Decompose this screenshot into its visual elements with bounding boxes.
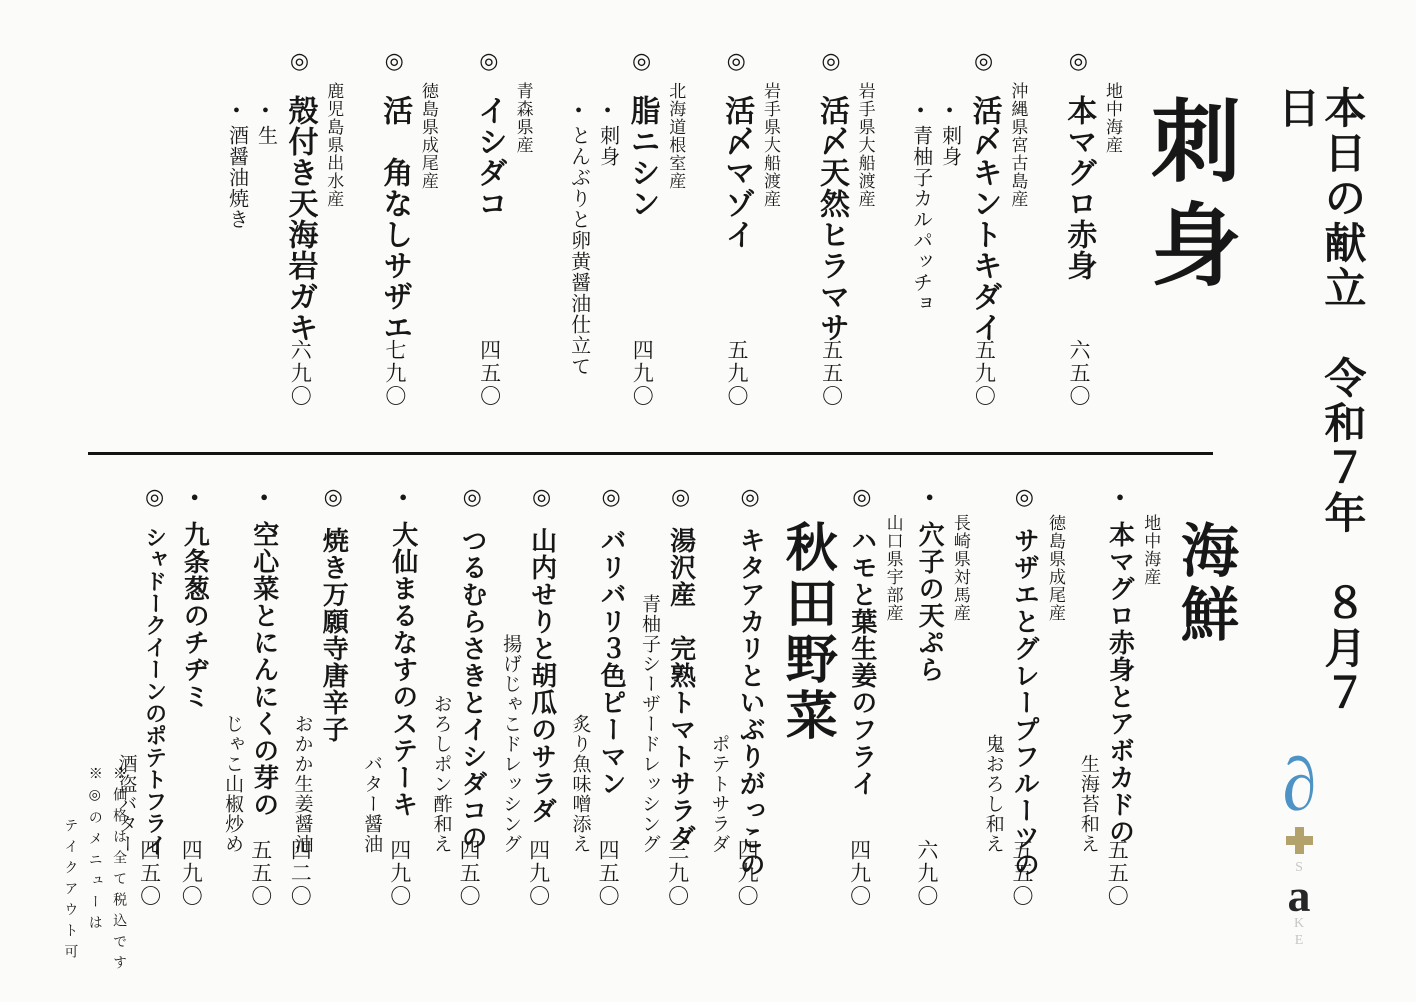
item-name: バリバリ３色ピーマン — [597, 527, 626, 797]
takeout-marker-icon: ◎ — [382, 48, 407, 75]
item-origin: 北海道根室産 — [666, 48, 685, 190]
takeout-marker-icon: ◎ — [972, 48, 997, 75]
item-sub-col: ●とんぶりと卵黄醤油仕立て — [568, 48, 590, 377]
menu-item-maguro: 地中海産 ◎本マグロ赤身 六五〇 — [1062, 48, 1121, 414]
item-name-col: ●空心菜とにんにくの芽の — [249, 484, 278, 818]
item-origin: 岩手県大船渡産 — [760, 48, 779, 208]
item-price: 三九〇 — [663, 839, 693, 908]
item-name-col: ◎活〆マゾイ — [720, 48, 753, 250]
item-origin: 徳島県成尾産 — [1045, 484, 1064, 622]
item-name-col: ◎つるむらさきとイシダコの — [458, 484, 487, 851]
menu-item-tomato-salad: ◎湯沢産 完熟トマトサラダ 青柚子シーザードレッシング 三九〇 — [638, 484, 694, 912]
item-name-col: ◎本マグロ赤身 — [1062, 48, 1095, 281]
item-name-cont: バター醤油 — [360, 754, 381, 854]
restaurant-logo: ∂ S a K E — [1256, 752, 1342, 949]
item-price: 五五〇 — [1102, 839, 1132, 908]
item-name-col: ◎イシダコ — [473, 48, 506, 219]
item-name: 穴子の天ぷら — [915, 521, 944, 683]
item-sub: 青柚子カルパッチョ — [910, 125, 932, 314]
takeout-marker-icon: ◎ — [143, 484, 168, 510]
menu-item-mazoi: 岩手県大船渡産 ◎活〆マゾイ 五九〇 — [720, 48, 779, 414]
takeout-marker-icon: ◎ — [1012, 484, 1037, 511]
tax-note: ※価格は全て税込です — [111, 766, 126, 996]
bullet-icon: ● — [602, 104, 614, 117]
section-divider — [88, 452, 1213, 455]
item-name: 殻付き天海岩ガキ — [284, 95, 317, 343]
item-name-col: ●大仙まるなすのステーキ — [388, 484, 417, 818]
item-name-col: ◎活〆天然ヒラマサ — [815, 48, 848, 343]
bullet-marker-icon: ● — [187, 484, 202, 505]
menu-date-title: 本日の献立 令和７年 ８月７日 — [1272, 86, 1364, 726]
item-price: 四五〇 — [593, 839, 623, 908]
item-name: キタアカリといぶりがっこの — [736, 527, 765, 878]
takeout-marker-icon: ◎ — [1066, 48, 1091, 75]
item-name: 活〆キントキダイ — [968, 95, 1001, 343]
item-name: ハモと葉生姜のフライ — [848, 527, 877, 797]
item-origin: 青森県産 — [513, 48, 532, 154]
sashimi-section-title: 刺身 — [1137, 48, 1236, 414]
item-price: 四九〇 — [845, 839, 875, 908]
item-origin: 徳島県成尾産 — [418, 48, 437, 190]
menu-item-hamo: 山口県宇部産 ◎ハモと葉生姜のフライ 四九〇 — [847, 484, 901, 912]
logo-brush-glyph-icon: ∂ — [1251, 745, 1347, 826]
item-name-cont: ポテトサラダ — [708, 734, 729, 854]
footnotes: ※価格は全て税込です ※◎のメニューは テイクアウト可 — [62, 766, 126, 996]
item-name-col: ◎キタアカリといぶりがっこの — [736, 484, 765, 878]
menu-item-tsurumurasaki: ◎つるむらさきとイシダコの おろしポン酢和え 四五〇 — [430, 484, 486, 912]
seafood-vegetables-section: 海鮮 地中海産 ●本マグロ赤身とアボカドの 生海苔和え 五五〇 徳島県成尾産 ◎… — [150, 484, 1236, 912]
item-price: 四二〇 — [285, 839, 315, 908]
item-name-col: ◎活〆キントキダイ — [968, 48, 1001, 343]
item-origin: 地中海産 — [1141, 484, 1160, 586]
takeout-marker-icon: ◎ — [460, 484, 485, 511]
menu-item-nasu-steak: ●大仙まるなすのステーキ バター醤油 四九〇 — [360, 484, 416, 912]
item-name-col: ◎焼き万願寺唐辛子 — [319, 484, 348, 743]
item-name: 脂ニシン — [626, 95, 659, 219]
item-name: 焼き万願寺唐辛子 — [319, 527, 348, 743]
item-name: 山内せりと胡瓜のサラダ — [528, 527, 557, 824]
vegetables-section-title: 秋田野菜 — [777, 484, 834, 912]
sashimi-section: 刺身 地中海産 ◎本マグロ赤身 六五〇 沖縄県宮古島産 ◎活〆キントキダイ ●刺… — [150, 48, 1236, 414]
item-price: 四九〇 — [176, 839, 206, 908]
bullet-icon: ● — [573, 104, 585, 117]
item-name: サザエとグレープフルーツの — [1010, 527, 1039, 878]
takeout-marker-icon: ◎ — [630, 48, 655, 75]
item-price: 六五〇 — [1064, 339, 1094, 408]
bullet-marker-icon: ● — [1113, 484, 1128, 505]
item-price: 五九〇 — [722, 339, 752, 408]
item-name-col: ◎脂ニシン — [626, 48, 659, 219]
item-price: 四五〇 — [475, 339, 505, 408]
item-name-col: ◎湯沢産 完熟トマトサラダ — [666, 484, 695, 851]
item-sub: 酒醤油焼き — [226, 125, 248, 230]
takeout-marker-icon: ◎ — [321, 484, 346, 511]
item-origin: 山口県宇部産 — [883, 484, 902, 622]
item-name-col: ◎シャドークイーンのポテトフライ — [142, 484, 166, 856]
item-name: 九条葱のチヂミ — [180, 521, 209, 710]
menu-item-kintokidai: 沖縄県宮古島産 ◎活〆キントキダイ ●刺身 ●青柚子カルパッチョ 五九〇 — [910, 48, 1027, 414]
bullet-icon: ● — [944, 104, 956, 117]
menu-item-kitaakari: ◎キタアカリといぶりがっこの ポテトサラダ 四九〇 — [708, 484, 764, 912]
item-sub: 生 — [255, 125, 277, 146]
item-price: 四九〇 — [385, 839, 415, 908]
item-price: 四九〇 — [524, 839, 554, 908]
item-sub-col: ●刺身 — [597, 48, 619, 167]
logo-sake-wordmark: S a K E — [1256, 860, 1342, 949]
item-origin: 鹿児島県出水産 — [324, 48, 343, 208]
item-name-col: ◎山内せりと胡瓜のサラダ — [527, 484, 556, 824]
item-price: 五九〇 — [969, 339, 999, 408]
item-price: 五五〇 — [1007, 839, 1037, 908]
item-name-cont: 青柚子シーザードレッシング — [638, 594, 659, 854]
item-name: つるむらさきとイシダコの — [458, 527, 487, 851]
item-name: 本マグロ赤身とアボカドの — [1106, 521, 1135, 845]
item-name-col: ●本マグロ赤身とアボカドの — [1105, 484, 1134, 845]
takeout-marker-icon: ◎ — [850, 484, 875, 511]
item-price: 六九〇 — [285, 339, 315, 408]
bullet-marker-icon: ● — [396, 484, 411, 505]
item-price: 七九〇 — [380, 339, 410, 408]
item-name: 活〆天然ヒラマサ — [815, 95, 848, 343]
menu-item-kushinsai: ●空心菜とにんにくの芽の じゃこ山椒炒め 五五〇 — [221, 484, 277, 912]
item-name-cont: おろしポン酢和え — [430, 694, 451, 854]
menu-page: 本日の献立 令和７年 ８月７日 刺身 地中海産 ◎本マグロ赤身 六五〇 沖縄県宮… — [0, 0, 1416, 1002]
seafood-section-title: 海鮮 — [1172, 484, 1236, 912]
item-price: 四九〇 — [627, 339, 657, 408]
item-name-cont: 生海苔和え — [1077, 754, 1098, 854]
logo-letter-k: K — [1294, 916, 1304, 932]
item-sub-col: ●酒醤油焼き — [226, 48, 248, 230]
takeout-note-line1: ※◎のメニューは — [86, 766, 101, 996]
item-sub: 刺身 — [939, 125, 961, 167]
item-name: 空心菜とにんにくの芽の — [250, 521, 279, 818]
item-sub-col: ●刺身 — [939, 48, 961, 167]
item-name-col: ◎殻付き天海岩ガキ — [284, 48, 317, 343]
takeout-marker-icon: ◎ — [599, 484, 624, 511]
menu-item-ishidako: 青森県産 ◎イシダコ 四五〇 — [473, 48, 532, 414]
menu-item-seri-salad: ◎山内せりと胡瓜のサラダ 揚げじゃこドレッシング 四九〇 — [499, 484, 555, 912]
menu-item-piman: ◎バリバリ３色ピーマン 炙り魚味噌添え 四五〇 — [569, 484, 625, 912]
item-name: 大仙まるなすのステーキ — [389, 521, 418, 818]
logo-letter-a: a — [1288, 878, 1311, 915]
menu-item-nishin: 北海道根室産 ◎脂ニシン ●刺身 ●とんぶりと卵黄醤油仕立て 四九〇 — [568, 48, 685, 414]
item-name-col: ◎バリバリ３色ピーマン — [597, 484, 626, 797]
item-price: 五五〇 — [817, 339, 847, 408]
menu-item-manganji: ◎焼き万願寺唐辛子 おかか生姜醤油 四二〇 — [291, 484, 347, 912]
item-price: 五五〇 — [246, 839, 276, 908]
menu-item-chijimi: ●九条葱のチヂミ 四九〇 — [180, 484, 209, 912]
item-name: 本マグロ赤身 — [1062, 95, 1095, 281]
item-origin: 岩手県大船渡産 — [855, 48, 874, 208]
item-name: 活 角なしサザエ — [378, 95, 411, 343]
item-sub-col: ●青柚子カルパッチョ — [910, 48, 932, 314]
item-name-col: ◎ハモと葉生姜のフライ — [847, 484, 876, 797]
takeout-marker-icon: ◎ — [530, 484, 555, 511]
item-origin: 長崎県対馬産 — [950, 484, 969, 622]
menu-item-hiramasa: 岩手県大船渡産 ◎活〆天然ヒラマサ 五五〇 — [815, 48, 874, 414]
item-name-col: ●穴子の天ぷら — [915, 484, 944, 683]
menu-item-iwagaki: 鹿児島県出水産 ◎殻付き天海岩ガキ ●生 ●酒醤油焼き 六九〇 — [226, 48, 343, 414]
item-price: 四五〇 — [135, 839, 165, 908]
item-name-cont: おかか生姜醤油 — [291, 714, 312, 854]
takeout-marker-icon: ◎ — [724, 48, 749, 75]
item-name: 活〆マゾイ — [720, 95, 753, 250]
item-name-col: ◎活 角なしサザエ — [378, 48, 411, 343]
item-name-cont: 鬼おろし和え — [982, 734, 1003, 854]
item-name-cont: じゃこ山椒炒め — [221, 714, 242, 854]
takeout-marker-icon: ◎ — [738, 484, 763, 511]
takeout-note-line2: テイクアウト可 — [62, 766, 77, 996]
menu-item-anago: 長崎県対馬産 ●穴子の天ぷら 六九〇 — [915, 484, 969, 912]
bullet-marker-icon: ● — [922, 484, 937, 505]
logo-plus-icon — [1286, 827, 1313, 854]
bullet-icon: ● — [915, 104, 927, 117]
takeout-marker-icon: ◎ — [288, 48, 313, 75]
takeout-marker-icon: ◎ — [669, 484, 694, 511]
bullet-marker-icon: ● — [257, 484, 272, 505]
menu-item-sazae-grapefruit: 徳島県成尾産 ◎サザエとグレープフルーツの 鬼おろし和え 五五〇 — [982, 484, 1064, 912]
menu-item-maguro-avocado: 地中海産 ●本マグロ赤身とアボカドの 生海苔和え 五五〇 — [1077, 484, 1159, 912]
item-sub-col: ●生 — [255, 48, 277, 146]
bullet-icon: ● — [260, 104, 272, 117]
takeout-marker-icon: ◎ — [477, 48, 502, 75]
logo-letter-e: E — [1295, 933, 1304, 949]
bullet-icon: ● — [231, 104, 243, 117]
item-origin: 地中海産 — [1102, 48, 1121, 154]
item-price: 四九〇 — [732, 839, 762, 908]
item-name: 湯沢産 完熟トマトサラダ — [667, 527, 696, 851]
item-price: 六九〇 — [912, 839, 942, 908]
item-name: シャドークイーンのポテトフライ — [143, 526, 168, 856]
item-origin: 沖縄県宮古島産 — [1008, 48, 1027, 208]
item-sub: 刺身 — [597, 125, 619, 167]
item-name-col: ◎サザエとグレープフルーツの — [1010, 484, 1039, 878]
item-price: 四五〇 — [454, 839, 484, 908]
item-name-cont: 揚げじゃこドレッシング — [499, 634, 520, 854]
item-name-col: ●九条葱のチヂミ — [180, 484, 209, 710]
takeout-marker-icon: ◎ — [819, 48, 844, 75]
item-sub: とんぶりと卵黄醤油仕立て — [568, 125, 590, 377]
item-name-cont: 炙り魚味噌添え — [569, 714, 590, 854]
menu-item-sazae: 徳島県成尾産 ◎活 角なしサザエ 七九〇 — [378, 48, 437, 414]
item-name: イシダコ — [473, 95, 506, 219]
